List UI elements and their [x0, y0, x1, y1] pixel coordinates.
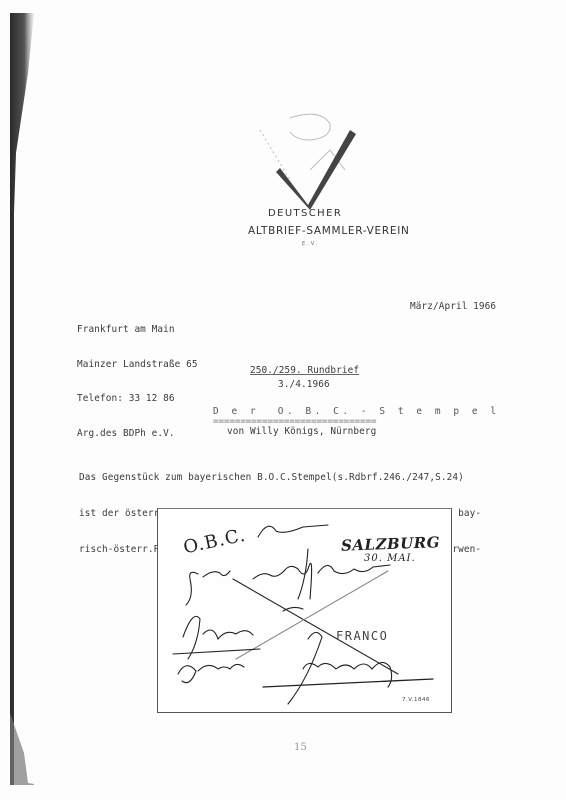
issue-date: März/April 1966: [410, 301, 496, 313]
sender-line: Arg.des BDPh e.V.: [77, 428, 198, 440]
document-page: DEUTSCHER ALTBRIEF-SAMMLER-VEREIN E.V. F…: [0, 0, 566, 800]
bdph-v-emblem-icon: [250, 110, 380, 210]
body-line: Das Gegenstück zum bayerischen B.O.C.Ste…: [79, 472, 481, 484]
postmark-date: 30. MAI.: [364, 553, 416, 564]
sender-line: Mainzer Landstraße 65: [77, 359, 198, 371]
sender-line: Frankfurt am Main: [77, 324, 198, 336]
org-name-line2: ALTBRIEF-SAMMLER-VEREIN: [248, 225, 410, 237]
org-name-line1: DEUTSCHER: [268, 208, 342, 219]
franco-postmark: FRANCO: [336, 629, 388, 643]
sender-line: Telefon: 33 12 86: [77, 393, 198, 405]
envelope-illustration: O.B.C. SALZBURG 30. MAI. FRANCO 7.V.1846: [157, 508, 452, 713]
page-number: 15: [294, 742, 307, 753]
circular-number: 250./259. Rundbrief: [250, 365, 359, 377]
circular-date: 3./4.1966: [278, 379, 330, 391]
article-byline: von Willy Königs, Nürnberg: [227, 426, 376, 438]
org-name-line3: E.V.: [302, 241, 319, 247]
illustration-caption-date: 7.V.1846: [402, 697, 430, 703]
sender-address: Frankfurt am Main Mainzer Landstraße 65 …: [77, 301, 198, 462]
scan-shadow-edge: [10, 13, 34, 785]
salzburg-postmark: SALZBURG: [341, 533, 441, 554]
